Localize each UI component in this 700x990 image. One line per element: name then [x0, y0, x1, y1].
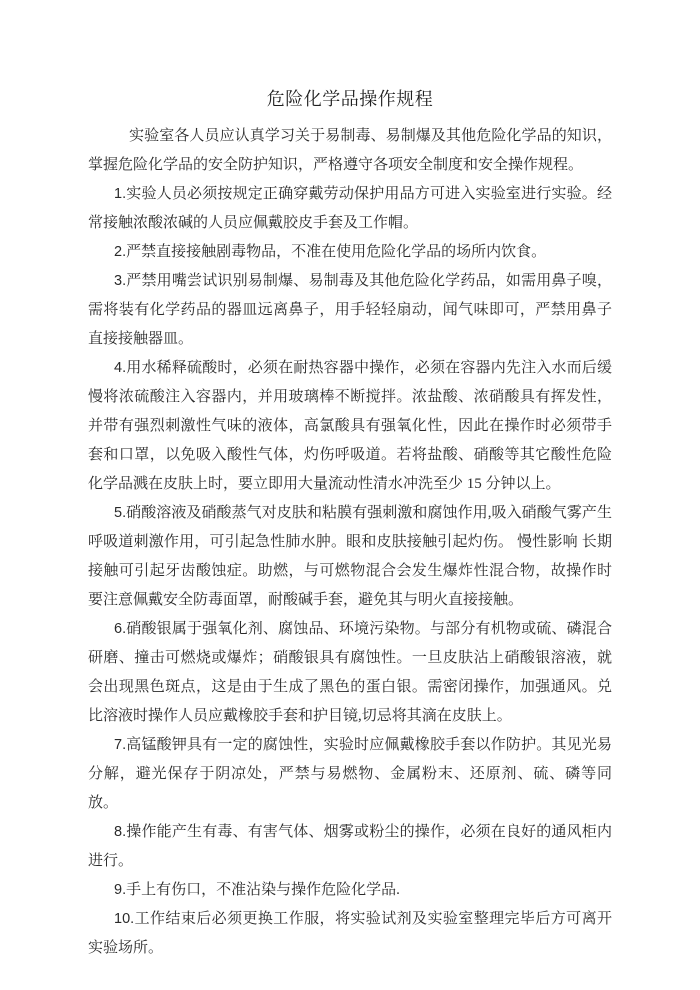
rule-text: 高锰酸钾具有一定的腐蚀性，实验时应佩戴橡胶手套以作防护。其见光易分解，避光保存于… [88, 737, 612, 811]
rule-number: 8. [114, 824, 126, 840]
rule-item-4: 4.用水稀释硫酸时，必须在耐热容器中操作，必须在容器内先注入水而后缓慢将浓硫酸注… [88, 354, 612, 499]
rule-item-9: 9.手上有伤口，不准沾染与操作危险化学品. [88, 876, 612, 905]
rule-item-8: 8.操作能产生有毒、有害气体、烟雾或粉尘的操作，必须在良好的通风柜内进行。 [88, 818, 612, 876]
rule-number: 9. [114, 882, 126, 898]
document-page: 危险化学品操作规程 实验室各人员应认真学习关于易制毒、易制爆及其他危险化学品的知… [0, 0, 700, 990]
rule-item-1: 1.实验人员必须按规定正确穿戴劳动保护用品方可进入实验室进行实验。经常接触浓酸浓… [88, 180, 612, 238]
rule-text: 硝酸银属于强氧化剂、腐蚀品、环境污染物。与部分有机物或硫、磷混合研磨、撞击可燃烧… [88, 621, 612, 724]
intro-paragraph: 实验室各人员应认真学习关于易制毒、易制爆及其他危险化学品的知识，掌握危险化学品的… [88, 122, 612, 180]
rule-text: 严禁直接接触剧毒物品，不准在使用危险化学品的场所内饮食。 [126, 244, 546, 260]
rule-item-10: 10.工作结束后必须更换工作服，将实验试剂及实验室整理完毕后方可离开实验场所。 [88, 905, 612, 963]
rule-number: 2. [114, 244, 126, 260]
rule-number: 3. [114, 273, 126, 289]
rule-text: 手上有伤口，不准沾染与操作危险化学品. [126, 882, 400, 898]
rule-number: 10. [114, 911, 134, 927]
rule-number: 1. [114, 186, 126, 202]
rule-text: 硝酸溶液及硝酸蒸气对皮肤和粘膜有强刺激和腐蚀作用,吸入硝酸气雾产生呼吸道刺激作用… [88, 505, 612, 608]
rule-number: 5. [114, 505, 126, 521]
rule-item-7: 7.高锰酸钾具有一定的腐蚀性，实验时应佩戴橡胶手套以作防护。其见光易分解，避光保… [88, 731, 612, 818]
rule-item-2: 2.严禁直接接触剧毒物品，不准在使用危险化学品的场所内饮食。 [88, 238, 612, 267]
rule-text: 工作结束后必须更换工作服，将实验试剂及实验室整理完毕后方可离开实验场所。 [88, 911, 612, 956]
rule-item-5: 5.硝酸溶液及硝酸蒸气对皮肤和粘膜有强刺激和腐蚀作用,吸入硝酸气雾产生呼吸道刺激… [88, 499, 612, 615]
rule-number: 4. [114, 360, 126, 376]
rule-number: 7. [114, 737, 126, 753]
rule-text: 实验人员必须按规定正确穿戴劳动保护用品方可进入实验室进行实验。经常接触浓酸浓碱的… [88, 186, 612, 231]
rule-text: 严禁用嘴尝试识别易制爆、易制毒及其他危险化学药品，如需用鼻子嗅，需将装有化学药品… [88, 273, 612, 347]
rule-item-6: 6.硝酸银属于强氧化剂、腐蚀品、环境污染物。与部分有机物或硫、磷混合研磨、撞击可… [88, 615, 612, 731]
rule-text: 操作能产生有毒、有害气体、烟雾或粉尘的操作，必须在良好的通风柜内进行。 [88, 824, 612, 869]
rule-number: 6. [114, 621, 126, 637]
rule-text: 用水稀释硫酸时，必须在耐热容器中操作，必须在容器内先注入水而后缓慢将浓硫酸注入容… [88, 360, 612, 492]
rule-item-3: 3.严禁用嘴尝试识别易制爆、易制毒及其他危险化学药品，如需用鼻子嗅，需将装有化学… [88, 267, 612, 354]
document-title: 危险化学品操作规程 [88, 84, 612, 114]
